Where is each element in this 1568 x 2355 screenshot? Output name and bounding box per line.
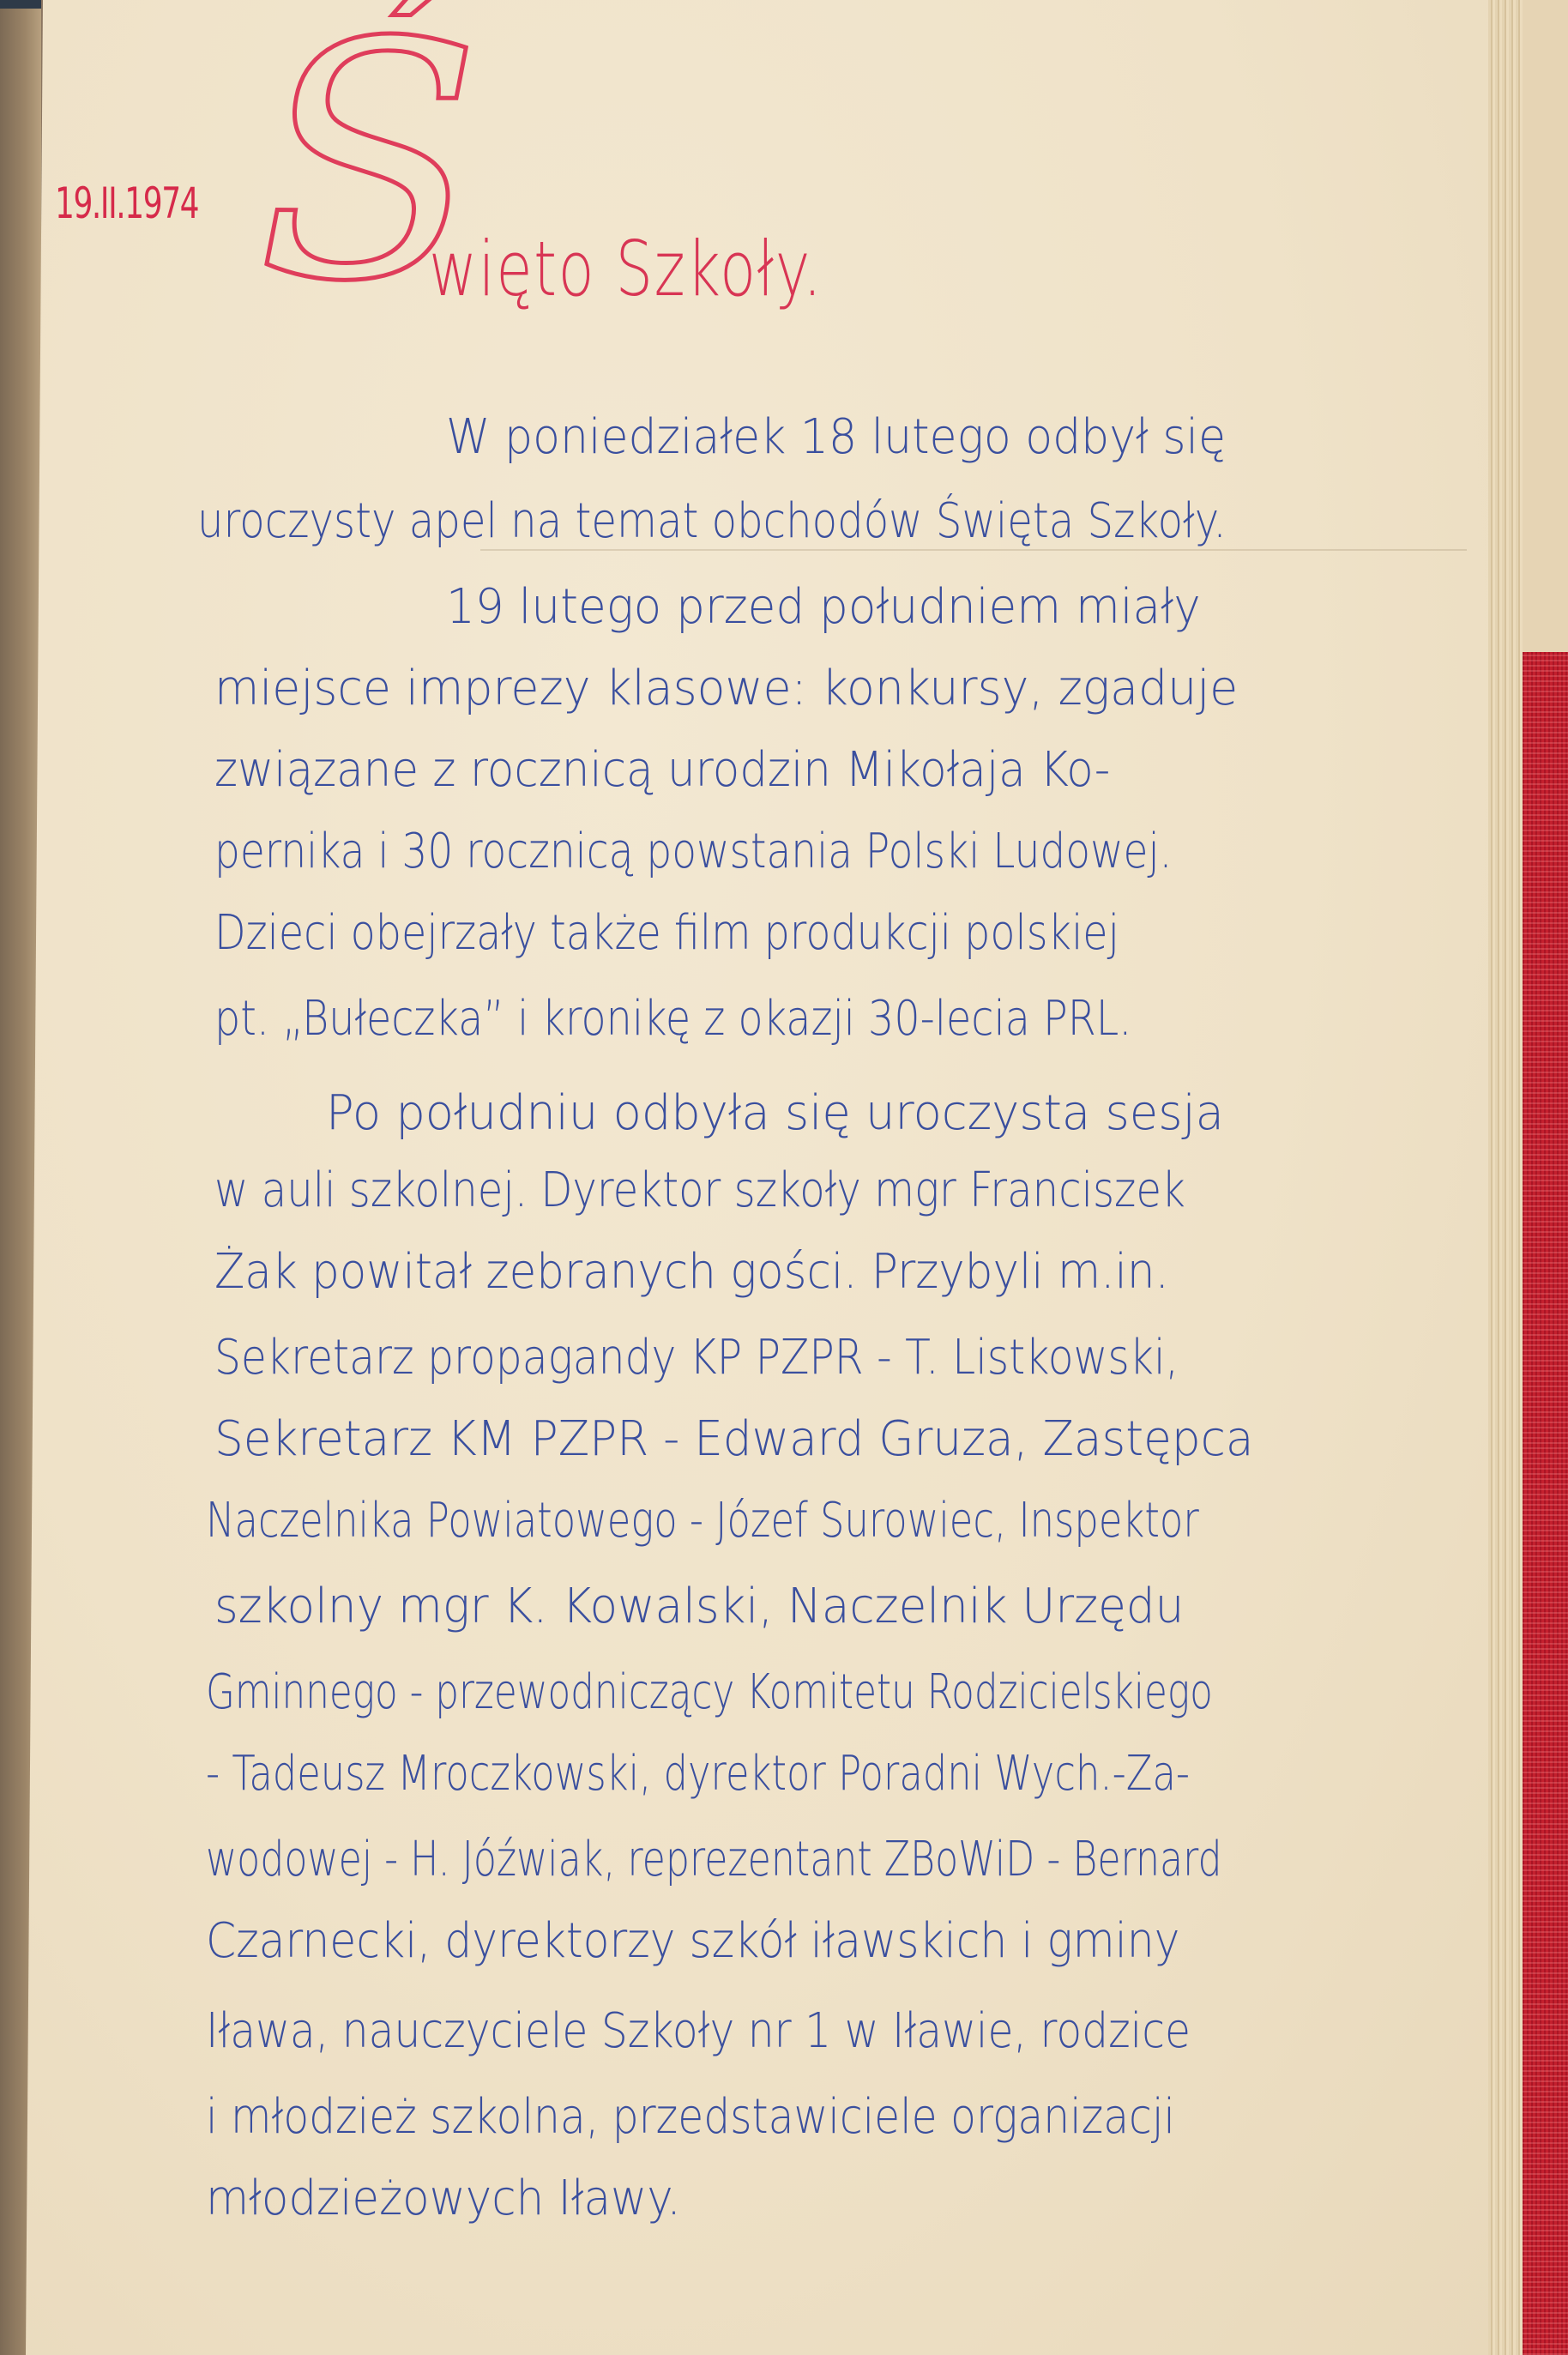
text-line: szkolny mgr K. Kowalski, Naczelnik Urzęd… — [214, 1583, 1184, 1631]
text-line: związane z rocznicą urodzin Mikołaja Ko- — [214, 746, 1110, 794]
text-line: Sekretarz KM PZPR - Edward Gruza, Zastęp… — [214, 1416, 1253, 1464]
text-line: 19 lutego przed południem miały — [446, 583, 1201, 631]
text-line: młodzieżowych Iławy. — [206, 2175, 681, 2223]
text-line: Sekretarz propagandy KP PZPR - T. Listko… — [214, 1334, 1179, 1382]
book-spine-top-edge — [0, 0, 41, 9]
page-stack-top — [1523, 0, 1568, 652]
text-line: - Tadeusz Mroczkowski, dyrektor Poradni … — [206, 1750, 1190, 1798]
text-line: wodowej - H. Jóźwiak, reprezentant ZBoWi… — [206, 1836, 1222, 1884]
text-line: Dzieci obejrzały także film produkcji po… — [214, 909, 1119, 957]
text-line: Naczelnika Powiatowego - Józef Surowiec,… — [206, 1497, 1199, 1545]
text-line: pt. „Bułeczka” i kronikę z okazji 30-lec… — [214, 995, 1131, 1043]
text-line: Czarnecki, dyrektorzy szkół iławskich i … — [206, 1917, 1179, 1966]
entry-date: 19.II.1974 — [55, 178, 198, 228]
text-line: pernika i 30 rocznicą powstania Polski L… — [214, 828, 1173, 876]
text-line: Po południu odbyła się uroczysta sesja — [326, 1090, 1224, 1138]
text-line: uroczysty apel na temat obchodów Święta … — [197, 498, 1227, 546]
text-line: W poniedziałek 18 lutego odbył się — [446, 414, 1226, 462]
text-line: miejsce imprezy klasowe: konkursy, zgadu… — [214, 665, 1238, 713]
text-line: Iława, nauczyciele Szkoły nr 1 w Iławie,… — [206, 2008, 1191, 2056]
paper-fold-crease — [480, 549, 1467, 551]
text-line: w auli szkolnej. Dyrektor szkoły mgr Fra… — [214, 1167, 1185, 1215]
text-line: Gminnego - przewodniczący Komitetu Rodzi… — [206, 1669, 1213, 1717]
text-line: i młodzież szkolna, przedstawiciele orga… — [206, 2093, 1175, 2141]
text-line: Żak powitał zebranych gości. Przybyli m.… — [214, 1248, 1169, 1296]
page-title: więto Szkoły. — [429, 225, 823, 313]
page-stack-edges — [1488, 0, 1523, 2355]
